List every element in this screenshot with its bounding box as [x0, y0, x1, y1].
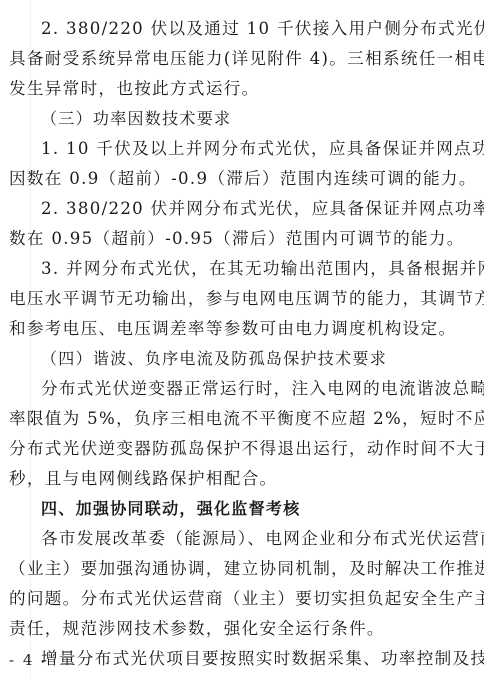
paragraph-line: 和参考电压、电压调差率等参数可由电力调度机构设定。 — [9, 314, 451, 344]
document-body: 2. 380/220 伏以及通过 10 千伏接入用户侧分布式光伏，应 具备耐受系… — [9, 14, 451, 674]
paragraph-line: 秒，且与电网侧线路保护相配合。 — [9, 464, 451, 494]
paragraph-line: 具备耐受系统异常电压能力(详见附件 4)。三相系统任一相电压 — [9, 44, 451, 74]
paragraph-line: 增量分布式光伏项目要按照实时数据采集、功率控制及技术 — [9, 644, 451, 674]
paragraph-line: 3. 并网分布式光伏，在其无功输出范围内，具备根据并网点 — [9, 254, 451, 284]
paragraph-line: 各市发展改革委（能源局）、电网企业和分布式光伏运营商 — [9, 524, 451, 554]
paragraph-line: 1. 10 千伏及以上并网分布式光伏，应具备保证并网点功率 — [9, 134, 451, 164]
page-number: - 4 - — [9, 651, 48, 669]
paragraph-line: 率限值为 5%，负序三相电流不平衡度不应超 2%，短时不应超 4%。 — [9, 404, 451, 434]
paragraph-line: （业主）要加强沟通协调，建立协同机制，及时解决工作推进中 — [9, 554, 451, 584]
section-heading-coordination: 四、加强协同联动，强化监督考核 — [9, 494, 451, 524]
paragraph-line: 因数在 0.9（超前）-0.9（滞后）范围内连续可调的能力。 — [9, 164, 451, 194]
document-page: 2. 380/220 伏以及通过 10 千伏接入用户侧分布式光伏，应 具备耐受系… — [0, 0, 484, 679]
section-heading-power-factor: （三）功率因数技术要求 — [9, 104, 451, 134]
paragraph-line: 2. 380/220 伏并网分布式光伏，应具备保证并网点功率因 — [9, 194, 451, 224]
paragraph-line: 分布式光伏逆变器正常运行时，注入电网的电流谐波总畸变 — [9, 374, 451, 404]
paragraph-line: 数在 0.95（超前）-0.95（滞后）范围内可调节的能力。 — [9, 224, 451, 254]
paragraph-line: 分布式光伏逆变器防孤岛保护不得退出运行，动作时间不大于 2 — [9, 434, 451, 464]
paragraph-line: 发生异常时，也按此方式运行。 — [9, 74, 451, 104]
paragraph-line: 的问题。分布式光伏运营商（业主）要切实担负起安全生产主体 — [9, 584, 451, 614]
paragraph-line: 2. 380/220 伏以及通过 10 千伏接入用户侧分布式光伏，应 — [9, 14, 451, 44]
paragraph-line: 责任，规范涉网技术参数，强化安全运行条件。 — [9, 614, 451, 644]
paragraph-line: 电压水平调节无功输出，参与电网电压调节的能力，其调节方式 — [9, 284, 451, 314]
section-heading-harmonics: （四）谐波、负序电流及防孤岛保护技术要求 — [9, 344, 451, 374]
